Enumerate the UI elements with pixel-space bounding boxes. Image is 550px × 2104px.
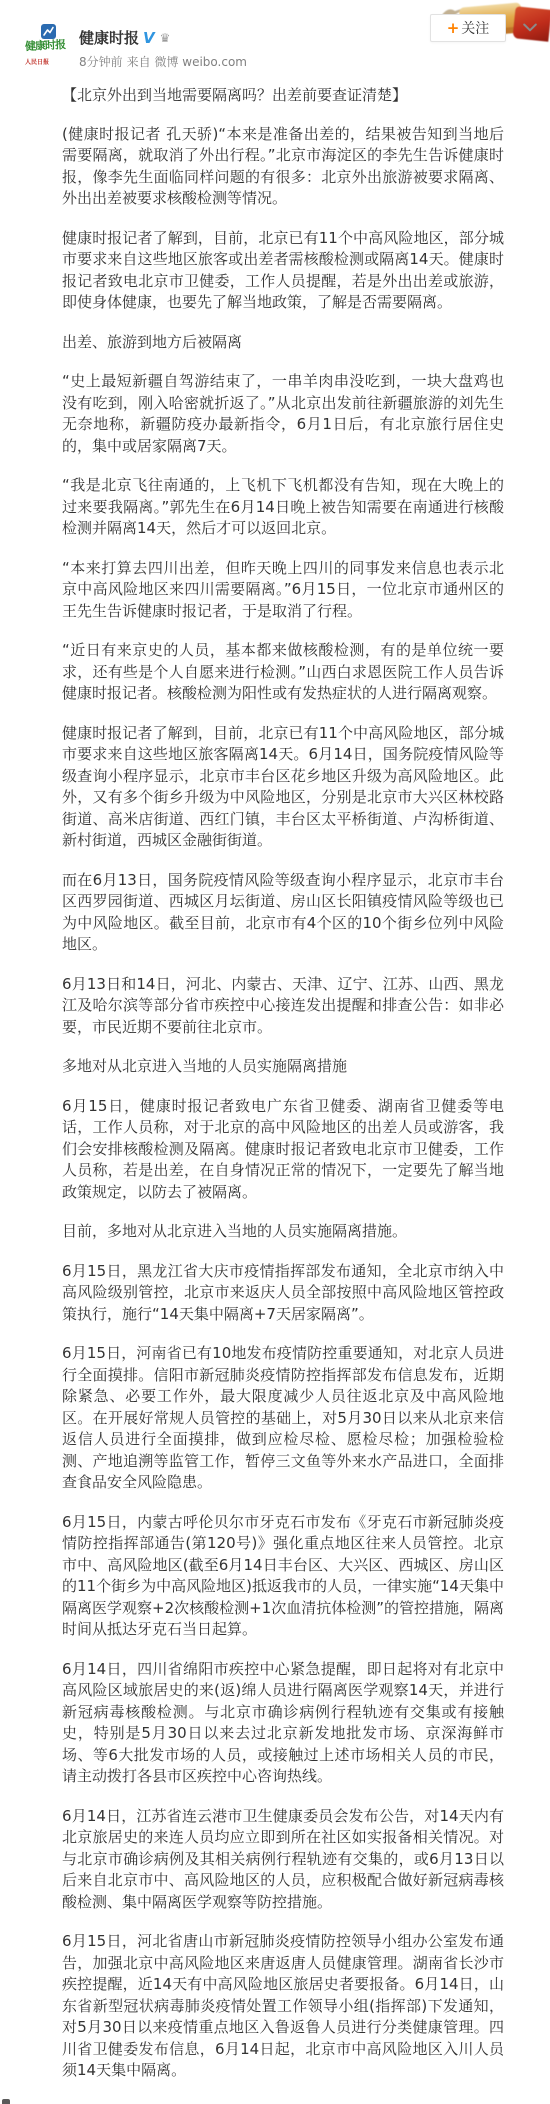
avatar[interactable]: 健康时报 人民日报 [25,24,70,69]
member-crown-icon: ♛ [160,32,171,44]
post-title: 【北京外出到当地需要隔离吗？出差前要查证清楚】 [62,85,504,107]
section-heading: 出差、旅游到地方后被隔离 [62,332,504,354]
follow-label: 关注 [461,18,489,38]
weibo-post-card: + 关注 健康时报 人民日报 健康时报 V ♛ 8分钟前来自 微博 weibo.… [0,0,550,2104]
post-paragraph: (健康时报记者 孔天骄)“本来是准备出差的，结果被告知到当地后需要隔离，就取消了… [62,124,504,210]
post-meta: 8分钟前来自 微博 weibo.com [79,53,251,70]
post-paragraph: 健康时报记者了解到，目前，北京已有11个中高风险地区，部分城市要求来自这些地区旅… [62,723,504,852]
post-paragraph: 6月15日，黑龙江省大庆市疫情指挥部发布通知，全北京市纳入中高风险级别管控，北京… [62,1261,504,1326]
post-paragraph: 而在6月13日，国务院疫情风险等级查询小程序显示，北京市丰台区西罗园街道、西城区… [62,870,504,956]
follow-button[interactable]: + 关注 [430,14,506,42]
post-paragraph: 6月14日，江苏省连云港市卫生健康委员会发布公告，对14天内有北京旅居史的来连人… [62,1806,504,1914]
source-link[interactable]: 来自 微博 weibo.com [127,55,247,69]
post-content: 【北京外出到当地需要隔离吗？出差前要查证清楚】 (健康时报记者 孔天骄)“本来是… [0,70,550,2104]
plus-icon: + [447,21,460,36]
user-info: 健康时报 V ♛ 8分钟前来自 微博 weibo.com [79,24,251,70]
logo-publisher-text: 人民日报 [25,57,49,66]
post-paragraph: “我是北京飞往南通的，上飞机下飞机都没有告知，现在大晚上的过来要我隔离。”郭先生… [62,475,504,540]
logo-brand-text: 健康时报 [25,36,71,54]
post-paragraph: “本来打算去四川出差，但昨天晚上四川的同事发来信息也表示北京中高风险地区来四川需… [62,558,504,623]
post-paragraph: 6月14日，四川省绵阳市疾控中心紧急提醒，即日起将对有北京中高风险区域旅居史的来… [62,1659,504,1788]
post-paragraph: 6月15日，健康时报记者致电广东省卫健委、湖南省卫健委等电话，工作人员称，对于北… [62,1096,504,1204]
post-paragraph: 目前，多地对从北京进入当地的人员实施隔离措施。 [62,1221,504,1243]
post-paragraph: 健康时报记者了解到，目前，北京已有11个中高风险地区，部分城市要求来自这些地区旅… [62,228,504,314]
chevron-down-icon[interactable] [520,17,540,37]
blue-v-icon: V [143,29,155,47]
bottom-left-artifact [2,2099,10,2104]
post-paragraph: “近日有来京史的人员，基本都来做核酸检测，有的是单位统一要求，还有些是个人自愿来… [62,640,504,705]
section-heading: 多地对从北京进入当地的人员实施隔离措施 [62,1056,504,1078]
post-paragraph: 6月15日，河南省已有10地发布疫情防控重要通知，对北京人员进行全面摸排。信阳市… [62,1343,504,1494]
post-paragraph: “史上最短新疆自驾游结束了，一串羊肉串没吃到，一块大盘鸡也没有吃到，刚入哈密就折… [62,371,504,457]
timestamp[interactable]: 8分钟前 [79,55,123,69]
post-paragraph: 6月13日和14日，河北、内蒙古、天津、辽宁、江苏、山西、黑龙江及哈尔滨等部分省… [62,974,504,1039]
post-paragraph: 6月15日，内蒙古呼伦贝尔市牙克石市发布《牙克石市新冠肺炎疫情防控指挥部通告(第… [62,1512,504,1641]
post-body: (健康时报记者 孔天骄)“本来是准备出差的，结果被告知到当地后需要隔离，就取消了… [62,124,504,2082]
username[interactable]: 健康时报 [79,27,139,48]
post-paragraph: 6月15日，河北省唐山市新冠肺炎疫情防控领导小组办公室发布通告，加强北京中高风险… [62,1931,504,2082]
